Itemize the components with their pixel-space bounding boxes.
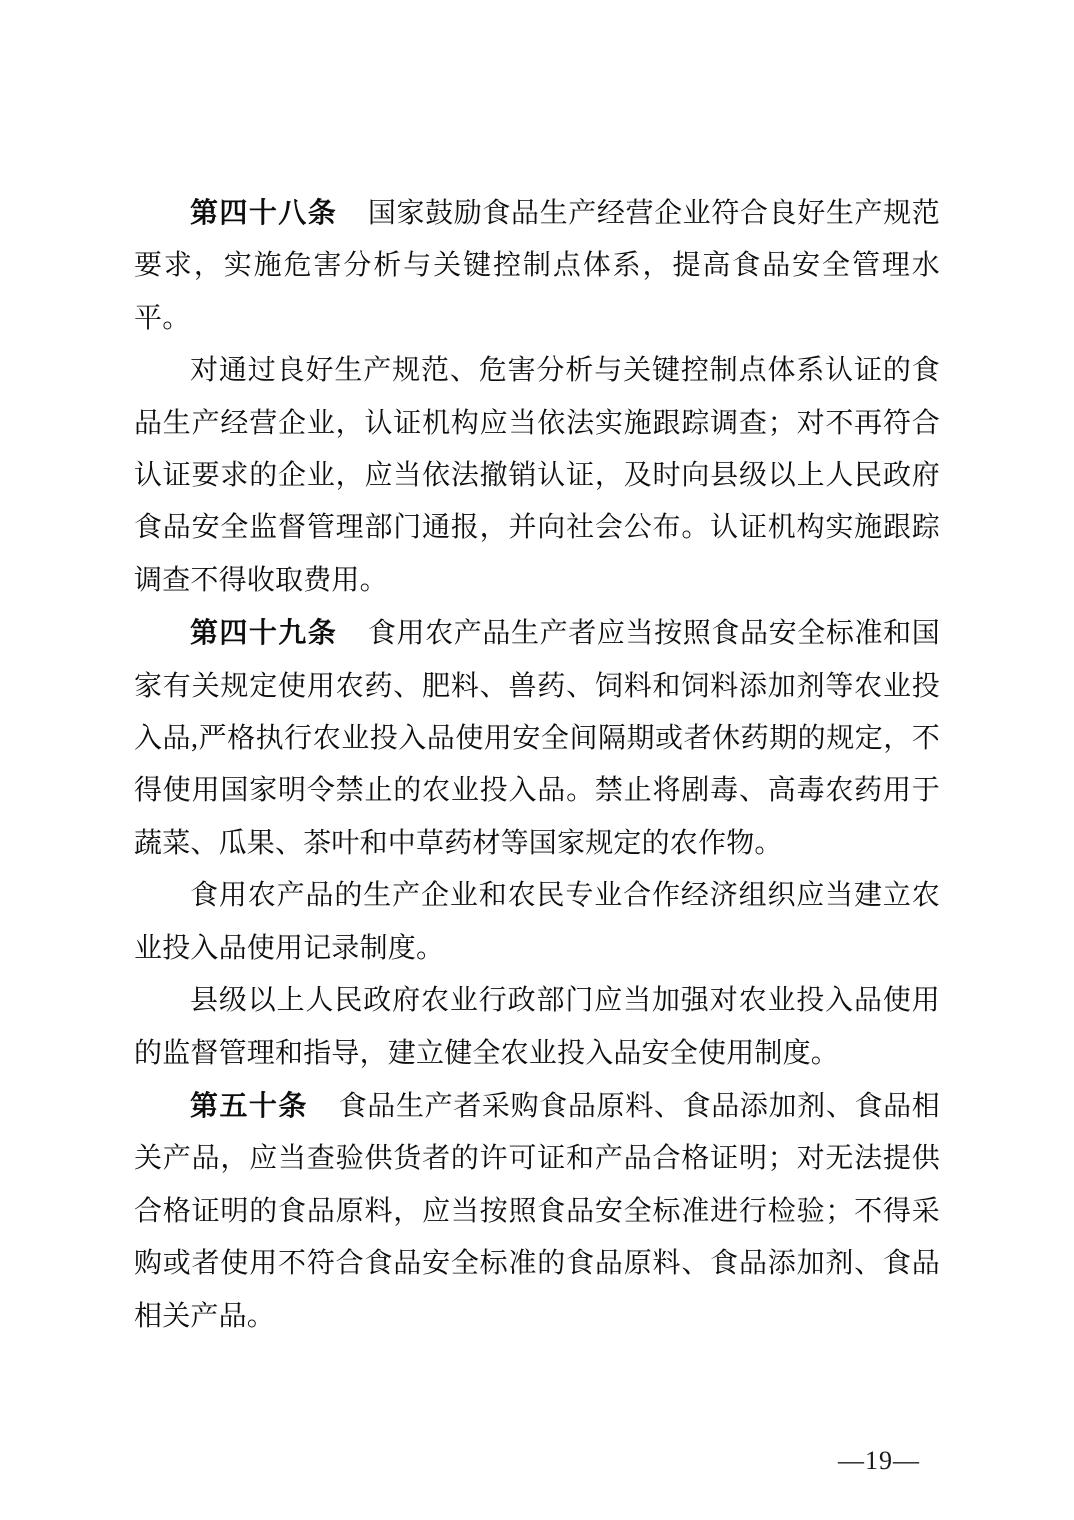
- article-49-paragraph-3-text: 县级以上人民政府农业行政部门应当加强对农业投入品使用的监督管理和指导，建立健全农…: [134, 985, 940, 1068]
- article-49-paragraph-3: 县级以上人民政府农业行政部门应当加强对农业投入品使用的监督管理和指导，建立健全农…: [134, 975, 940, 1080]
- article-49-paragraph-1: 第四十九条食用农产品生产者应当按照食品安全标准和国家有关规定使用农药、肥料、兽药…: [134, 607, 940, 870]
- article-49-number: 第四十九条: [190, 617, 337, 648]
- article-49-paragraph-2-text: 食用农产品的生产企业和农民专业合作经济组织应当建立农业投入品使用记录制度。: [134, 880, 940, 963]
- article-49-paragraph-2: 食用农产品的生产企业和农民专业合作经济组织应当建立农业投入品使用记录制度。: [134, 870, 940, 975]
- page-number: —19—: [838, 1446, 920, 1476]
- article-50-text: 食品生产者采购食品原料、食品添加剂、食品相关产品，应当查验供货者的许可证和产品合…: [134, 1091, 940, 1332]
- article-50-paragraph-1: 第五十条食品生产者采购食品原料、食品添加剂、食品相关产品，应当查验供货者的许可证…: [134, 1080, 940, 1343]
- article-48-paragraph-1: 第四十八条国家鼓励食品生产经营企业符合良好生产规范要求，实施危害分析与关键控制点…: [134, 187, 940, 345]
- article-48-paragraph-2-text: 对通过良好生产规范、危害分析与关键控制点体系认证的食品生产经营企业，认证机构应当…: [134, 355, 940, 596]
- article-48-paragraph-2: 对通过良好生产规范、危害分析与关键控制点体系认证的食品生产经营企业，认证机构应当…: [134, 345, 940, 607]
- document-page: 第四十八条国家鼓励食品生产经营企业符合良好生产规范要求，实施危害分析与关键控制点…: [0, 0, 1074, 1520]
- article-50-number: 第五十条: [190, 1090, 308, 1121]
- document-body: 第四十八条国家鼓励食品生产经营企业符合良好生产规范要求，实施危害分析与关键控制点…: [134, 187, 940, 1343]
- article-49-text: 食用农产品生产者应当按照食品安全标准和国家有关规定使用农药、肥料、兽药、饲料和饲…: [134, 618, 940, 859]
- article-48-number: 第四十八条: [190, 197, 337, 228]
